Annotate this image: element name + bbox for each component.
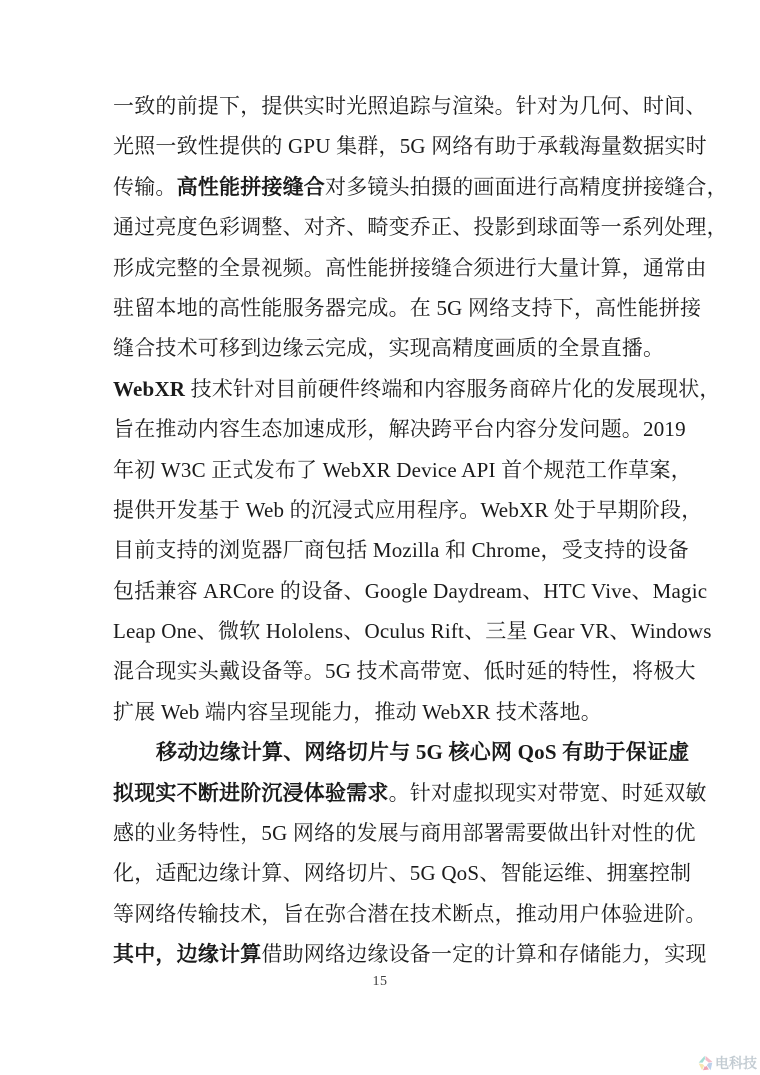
bold-text-segment: 移动边缘计算、网络切片与 5G 核心网 QoS 有助于保证虚 <box>156 740 689 764</box>
text-line: 化，适配边缘计算、网络切片、5G QoS、智能运维、拥塞控制 <box>113 853 656 893</box>
text-segment: 扩展 Web 端内容呈现能力，推动 WebXR 技术落地。 <box>113 700 602 724</box>
watermark: 电科技 <box>697 1055 757 1072</box>
text-line: 包括兼容 ARCore 的设备、Google Daydream、HTC Vive… <box>113 571 656 611</box>
text-segment: 光照一致性提供的 GPU 集群，5G 网络有助于承载海量数据实时 <box>113 134 707 158</box>
text-segment: 技术针对目前硬件终端和内容服务商碎片化的发展现状， <box>185 377 720 401</box>
text-line: Leap One、微软 Hololens、Oculus Rift、三星 Gear… <box>113 611 656 651</box>
text-segment: 年初 W3C 正式发布了 WebXR Device API 首个规范工作草案， <box>113 458 692 482</box>
diankeji-logo-icon <box>697 1055 714 1072</box>
text-line: 扩展 Web 端内容呈现能力，推动 WebXR 技术落地。 <box>113 692 656 732</box>
text-line: WebXR 技术针对目前硬件终端和内容服务商碎片化的发展现状， <box>113 369 656 409</box>
text-segment: 提供开发基于 Web 的沉浸式应用程序。WebXR 处于早期阶段， <box>113 498 702 522</box>
page-number: 15 <box>0 974 760 990</box>
text-segment: 传输。 <box>113 175 177 199</box>
text-line: 传输。高性能拼接缝合对多镜头拍摄的画面进行高精度拼接缝合， <box>113 167 656 207</box>
text-segment: 化，适配边缘计算、网络切片、5G QoS、智能运维、拥塞控制 <box>113 861 691 885</box>
text-line: 旨在推动内容生态加速成形，解决跨平台内容分发问题。2019 <box>113 409 656 449</box>
text-line: 提供开发基于 Web 的沉浸式应用程序。WebXR 处于早期阶段， <box>113 490 656 530</box>
text-segment: 。针对虚拟现实对带宽、时延双敏 <box>389 781 707 805</box>
text-segment: 旨在推动内容生态加速成形，解决跨平台内容分发问题。2019 <box>113 417 686 441</box>
document-body: 一致的前提下，提供实时光照追踪与渲染。针对为几何、时间、光照一致性提供的 GPU… <box>113 86 656 975</box>
text-segment: 通过亮度色彩调整、对齐、畸变乔正、投影到球面等一系列处理， <box>113 215 728 239</box>
bold-text-segment: WebXR <box>113 377 185 401</box>
bold-text-segment: 高性能拼接缝合 <box>177 175 325 199</box>
text-line: 移动边缘计算、网络切片与 5G 核心网 QoS 有助于保证虚 <box>113 732 656 772</box>
text-segment: 对多镜头拍摄的画面进行高精度拼接缝合， <box>325 175 728 199</box>
bold-text-segment: 拟现实不断进阶沉浸体验需求 <box>113 781 389 805</box>
text-segment: 形成完整的全景视频。高性能拼接缝合须进行大量计算，通常由 <box>113 256 707 280</box>
text-segment: 目前支持的浏览器厂商包括 Mozilla 和 Chrome，受支持的设备 <box>113 538 689 562</box>
text-line: 目前支持的浏览器厂商包括 Mozilla 和 Chrome，受支持的设备 <box>113 530 656 570</box>
text-line: 缝合技术可移到边缘云完成，实现高精度画质的全景直播。 <box>113 328 656 368</box>
text-line: 光照一致性提供的 GPU 集群，5G 网络有助于承载海量数据实时 <box>113 126 656 166</box>
text-line: 一致的前提下，提供实时光照追踪与渲染。针对为几何、时间、 <box>113 86 656 126</box>
text-segment: 驻留本地的高性能服务器完成。在 5G 网络支持下，高性能拼接 <box>113 296 701 320</box>
text-segment: 借助网络边缘设备一定的计算和存储能力，实现 <box>261 942 706 966</box>
text-line: 等网络传输技术，旨在弥合潜在技术断点，推动用户体验进阶。 <box>113 894 656 934</box>
text-line: 拟现实不断进阶沉浸体验需求。针对虚拟现实对带宽、时延双敏 <box>113 773 656 813</box>
text-segment: 一致的前提下，提供实时光照追踪与渲染。针对为几何、时间、 <box>113 94 707 118</box>
watermark-label: 电科技 <box>715 1055 757 1072</box>
bold-text-segment: 其中，边缘计算 <box>113 942 261 966</box>
text-line: 感的业务特性，5G 网络的发展与商用部署需要做出针对性的优 <box>113 813 656 853</box>
document-page: { "document": { "lines": [ {"segments": … <box>0 0 760 1075</box>
text-line: 混合现实头戴设备等。5G 技术高带宽、低时延的特性，将极大 <box>113 651 656 691</box>
text-line: 年初 W3C 正式发布了 WebXR Device API 首个规范工作草案， <box>113 450 656 490</box>
text-segment: 混合现实头戴设备等。5G 技术高带宽、低时延的特性，将极大 <box>113 659 696 683</box>
text-segment: 缝合技术可移到边缘云完成，实现高精度画质的全景直播。 <box>113 336 664 360</box>
text-line: 通过亮度色彩调整、对齐、畸变乔正、投影到球面等一系列处理， <box>113 207 656 247</box>
text-line: 驻留本地的高性能服务器完成。在 5G 网络支持下，高性能拼接 <box>113 288 656 328</box>
text-line: 形成完整的全景视频。高性能拼接缝合须进行大量计算，通常由 <box>113 248 656 288</box>
text-segment: Leap One、微软 Hololens、Oculus Rift、三星 Gear… <box>113 619 712 643</box>
text-segment: 等网络传输技术，旨在弥合潜在技术断点，推动用户体验进阶。 <box>113 902 707 926</box>
text-segment: 感的业务特性，5G 网络的发展与商用部署需要做出针对性的优 <box>113 821 696 845</box>
text-segment: 包括兼容 ARCore 的设备、Google Daydream、HTC Vive… <box>113 579 707 603</box>
text-line: 其中，边缘计算借助网络边缘设备一定的计算和存储能力，实现 <box>113 934 656 974</box>
